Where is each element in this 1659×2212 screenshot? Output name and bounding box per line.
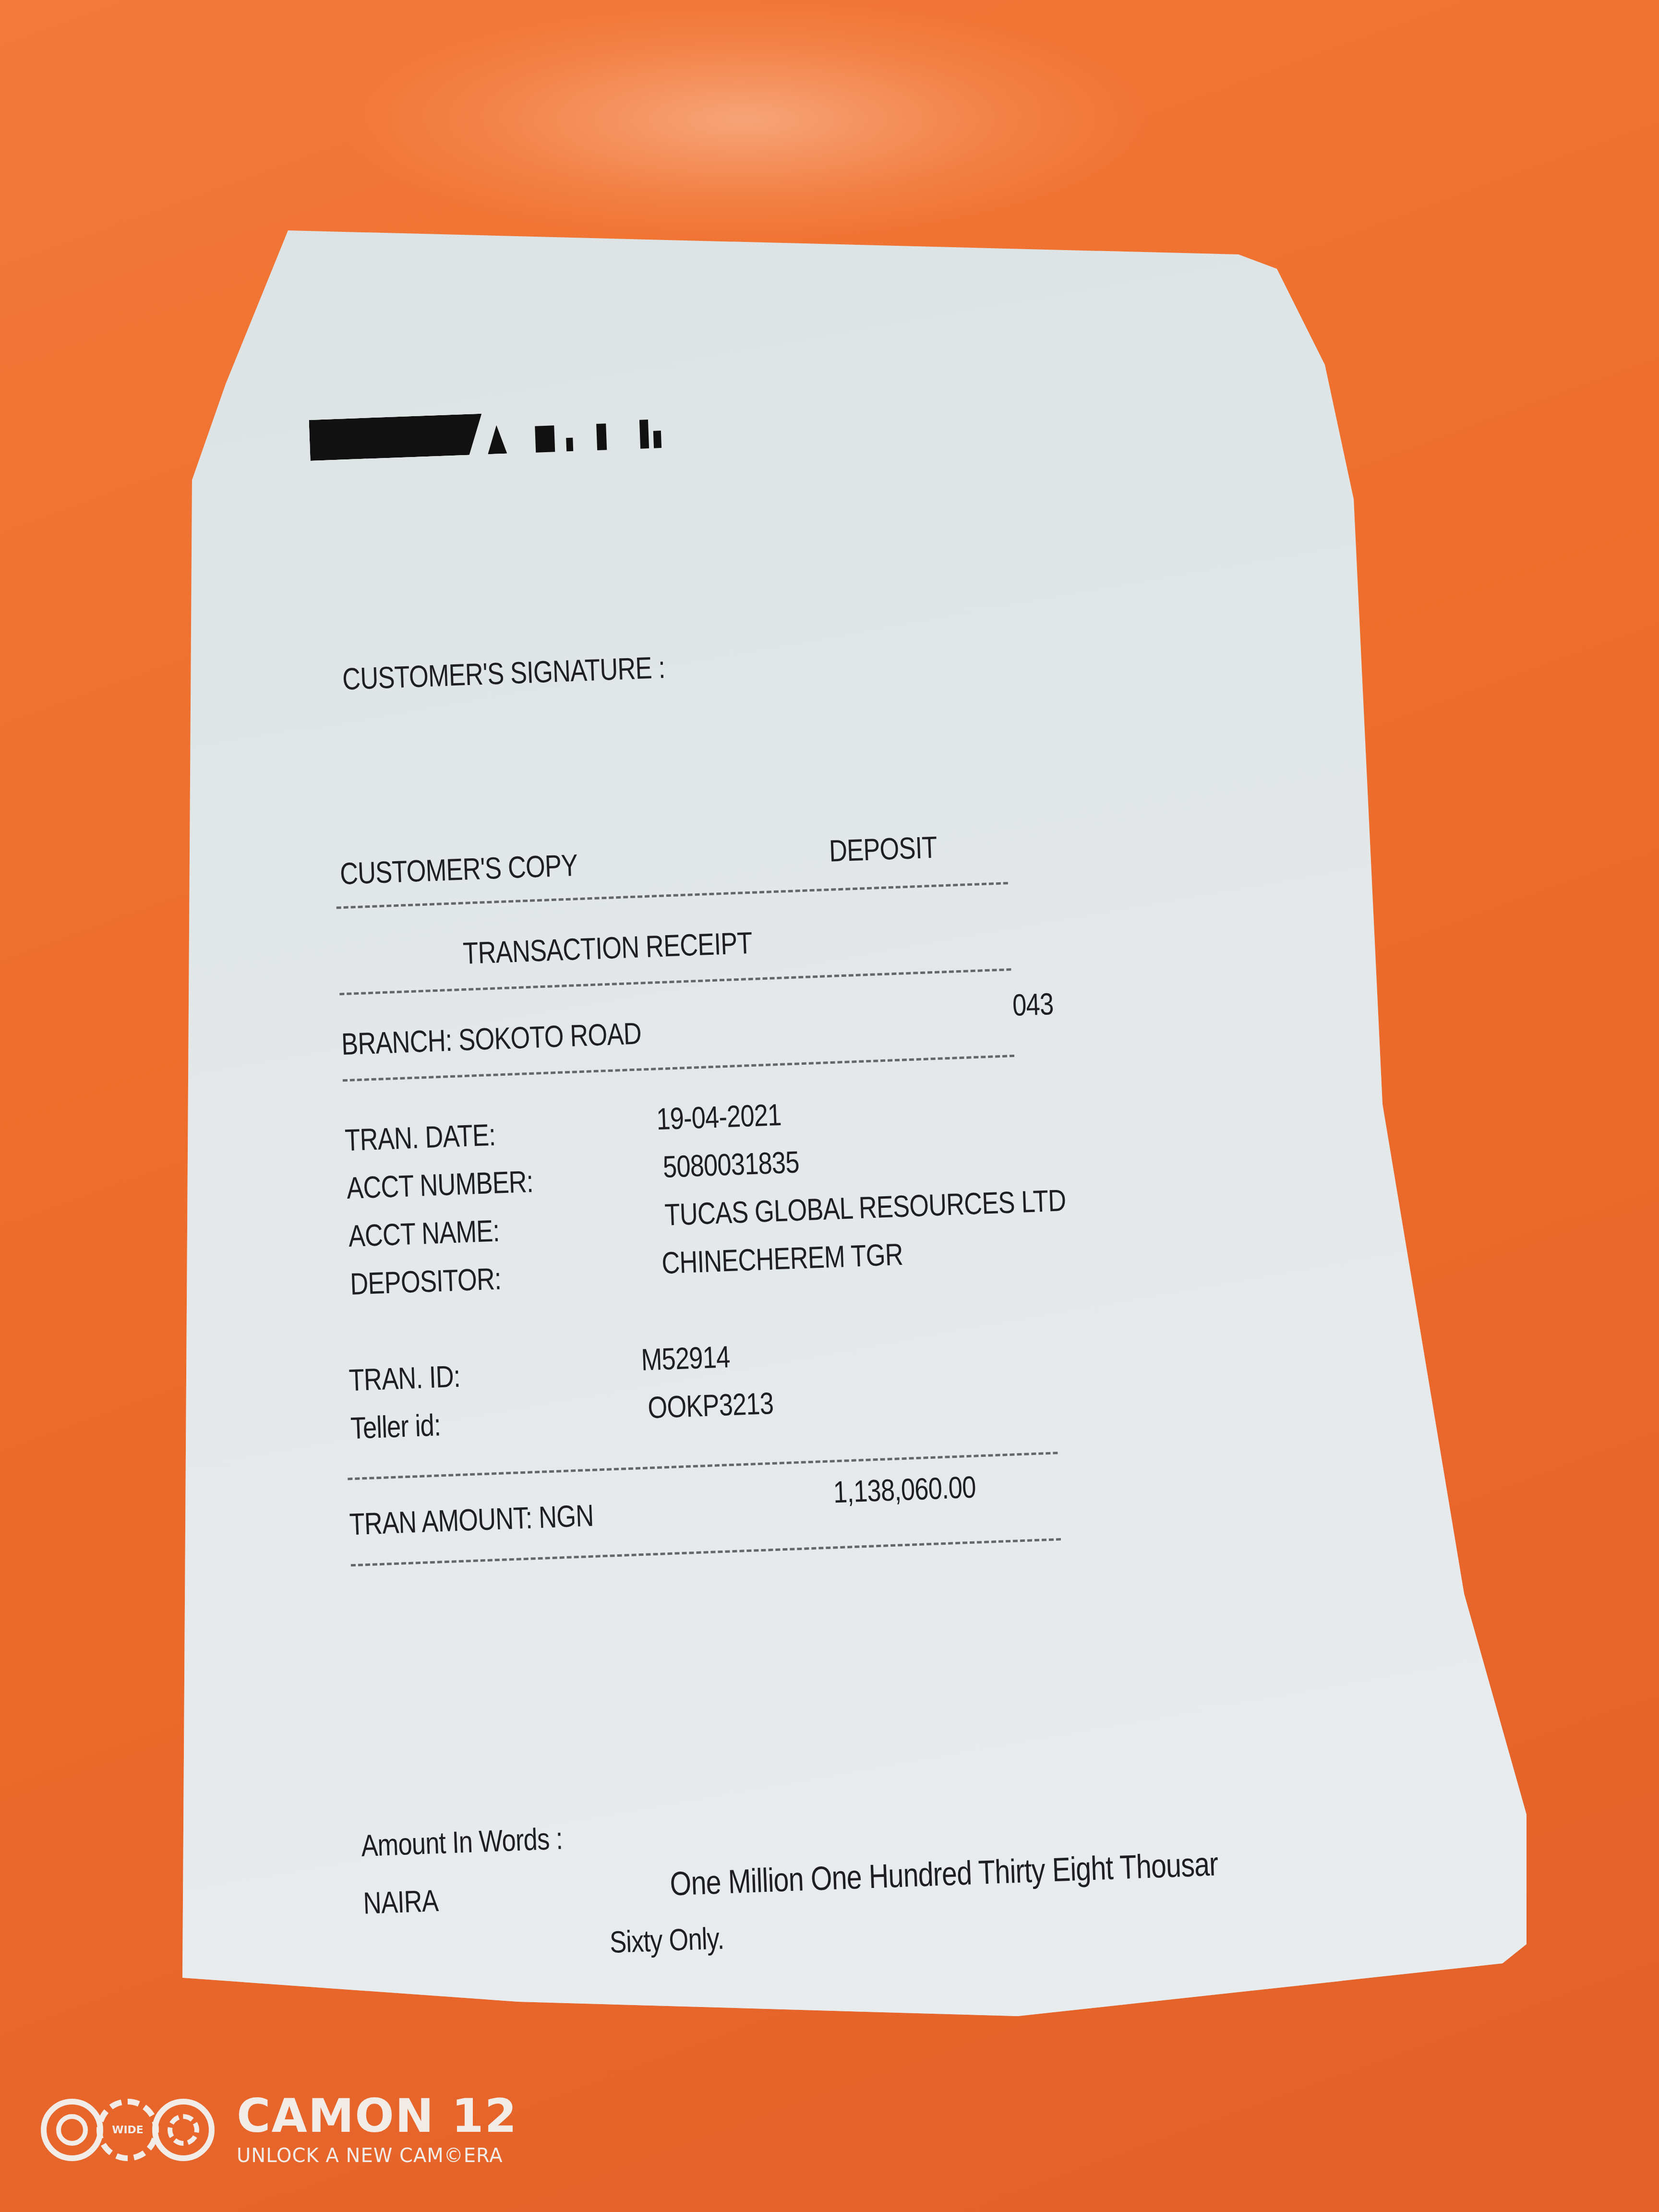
divider <box>351 1538 1061 1566</box>
teller-id-label: Teller id: <box>350 1407 441 1446</box>
wide-badge: WIDE <box>112 2124 144 2136</box>
customer-signature-label: CUSTOMER'S SIGNATURE : <box>342 649 666 697</box>
tran-id-value: M52914 <box>640 1339 730 1378</box>
amount-words-line-2: Sixty Only. <box>609 1920 724 1960</box>
logo-glyph <box>566 438 573 451</box>
logo-glyph <box>653 431 661 448</box>
field-value: 5080031835 <box>662 1144 800 1185</box>
transaction-type: DEPOSIT <box>829 829 938 869</box>
branch-row: BRANCH: SOKOTO ROAD <box>341 1015 642 1062</box>
lens-ring-icon <box>41 2099 103 2161</box>
teller-id-value: OOKP3213 <box>647 1385 774 1426</box>
logo-glyph <box>535 425 555 452</box>
logo-glyph <box>487 425 507 454</box>
amount-in-words-label: Amount In Words : <box>361 1821 563 1863</box>
logo-glyph <box>596 423 607 450</box>
brand-name: CAMON 12 <box>237 2093 517 2139</box>
copy-label: CUSTOMER'S COPY <box>339 847 578 891</box>
receipt-title: TRANSACTION RECEIPT <box>462 925 753 971</box>
field-value: CHINECHEREM TGR <box>661 1237 903 1281</box>
field-label: DEPOSITOR: <box>349 1261 502 1301</box>
branch-code: 043 <box>1012 986 1054 1023</box>
brand-tagline: UNLOCK A NEW CAM©ERA <box>237 2145 517 2167</box>
currency-word: NAIRA <box>362 1883 439 1921</box>
amount-label: TRAN AMOUNT: NGN <box>349 1498 594 1542</box>
watermark-text: CAMON 12 UNLOCK A NEW CAM©ERA <box>237 2093 517 2167</box>
bank-logo-fragment <box>309 407 661 461</box>
branch-label: BRANCH: <box>341 1023 453 1061</box>
divider <box>339 968 1011 995</box>
logo-glyph <box>639 420 649 449</box>
amount-value: 1,138,060.00 <box>833 1469 976 1510</box>
camera-watermark: WIDE CAMON 12 UNLOCK A NEW CAM©ERA <box>41 2093 517 2167</box>
field-label: TRAN. DATE: <box>344 1117 496 1158</box>
divider <box>343 1055 1014 1082</box>
branch-name: SOKOTO ROAD <box>458 1016 642 1057</box>
amount-words-line-1: One Million One Hundred Thirty Eight Tho… <box>669 1845 1218 1903</box>
wide-lens-icon: WIDE <box>96 2099 159 2161</box>
field-value: TUCAS GLOBAL RESOURCES LTD <box>664 1182 1066 1233</box>
field-value: 19-04-2021 <box>656 1097 782 1137</box>
lens-icons: WIDE <box>41 2099 208 2161</box>
tran-id-label: TRAN. ID: <box>348 1358 460 1398</box>
focus-ring-icon <box>152 2099 215 2161</box>
light-glare <box>336 0 1152 240</box>
transaction-receipt: CUSTOMER'S SIGNATURE : CUSTOMER'S COPY D… <box>307 330 1564 1957</box>
field-label: ACCT NAME: <box>348 1213 500 1254</box>
field-label: ACCT NUMBER: <box>346 1164 534 1206</box>
logo-bar <box>309 414 483 461</box>
